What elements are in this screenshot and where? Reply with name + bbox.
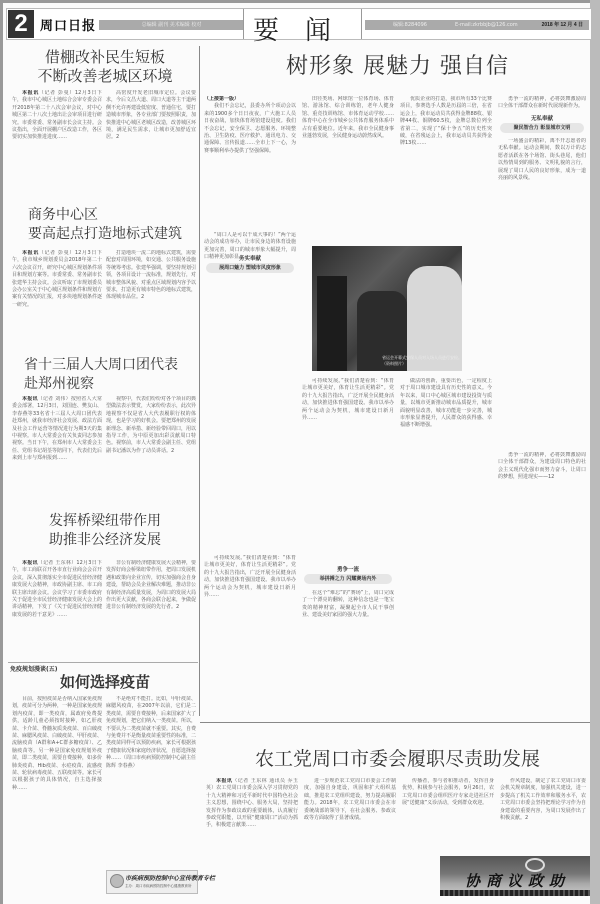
headline-line1: 商务中心区	[20, 206, 190, 225]
body-text: 田径类场、网球馆一位体育场、体育馆、游泳馆、综合训练馆，老年人健身馆、重竞技训练…	[302, 96, 394, 140]
bottom-headline: 农工党周口市委会履职尽责助发展	[205, 746, 590, 772]
header-divider	[243, 9, 244, 39]
article-body-col2: 打造地块一流二的地标式建筑，需要配套对周围环境，如交通、公共服务设施等统筹考虑。…	[106, 250, 196, 346]
body-text: 非公有制经济健康发展大会精神，要发挥好商会桥梁纽带作用，把周口发展机遇和政策向企…	[106, 560, 196, 612]
article-body-col1: 本报讯（记者 王东林）12月3日下午，市工商联召开各市直行业商会会召开会议，深入…	[12, 560, 102, 660]
article-headline: 如何选择疫苗	[20, 672, 190, 692]
headline-line2: 赴郑州视察	[14, 375, 194, 394]
page-header: 2 周口日报 总编辑 副刊 美术编辑 校对 要闻 编辑:8284096 E-ma…	[6, 8, 592, 40]
subhead-banner: 聚民智合力 彰显城市文明	[500, 123, 584, 133]
feature-col4: 勇争一流的精神，必将鼓舞激励周口全体干部群众在新时代展现新作为。	[498, 96, 586, 116]
article-body-col1: 本报讯（记者 彭曼）12月3日下午，我市城乡规划委员会2018年第二十六次会议召…	[12, 250, 102, 346]
page-border-left	[0, 0, 3, 904]
body-text: （记者 彭曼）12月3日下午，我市城乡规划委员会2018年第二十六次会议召开，研…	[12, 250, 102, 308]
headline-line2: 不断改善老城区环境	[20, 67, 190, 86]
feature-lower-col2: 做法的创新，重要出色，一定程度上对于周口城市建设具有历史性的意义。今年以来，周口…	[400, 378, 492, 718]
headline-line2: 助推非公经济发展	[20, 531, 190, 550]
body-text: 勇争一流的精神，必将鼓舞激励周口全体干部群众，为建设周口特色的社会主义现代化强市…	[498, 452, 586, 482]
newspaper-page: 2 周口日报 总编辑 副刊 美术编辑 校对 要闻 编辑:8284096 E-ma…	[0, 0, 600, 904]
skyline-graphic	[440, 890, 590, 896]
byline: 本报讯	[216, 778, 232, 784]
email: E-mail:zkrbbjb@126.com	[455, 20, 518, 30]
bottom-col2: 进一步规范农工党周口市委会工作制度，加强自身建设，巩固和扩大组织基础，推进农工党…	[304, 778, 396, 888]
body-text: 目前，按照疫苗是否纳入国家免疫规划，疫苗可分为两种，一种是国家免疫规划内疫苗，即…	[12, 696, 102, 792]
doctor-avatar-icon	[110, 874, 124, 888]
article-body-col2: 不是绝对不能打。比如，甲肝疫苗、麻腮风疫苗，在2007年以前，它们是二类疫苗，需…	[106, 696, 196, 846]
article-body-col2: 高密度开发老旧城市定位。会议要求，今后文昌大道、周口大道等主干道两侧不允许再建设…	[106, 90, 196, 190]
body-text: （记者 王东林 通讯员 乔玉英）农工党周口市委会深入学习贯彻党的十九大精神和习近…	[206, 778, 298, 828]
feature-lower-col0: 可持续发展。”我们清楚看到：“体育让城市更美好，体育让生活更精彩”。党的十九大报…	[204, 555, 296, 718]
section-title: 要闻	[252, 10, 358, 47]
body-text: （记者 王东林）12月3日下午，市工商联召开各市直行业商会会召开会议，深入贯彻落…	[12, 560, 102, 618]
page-number: 2	[8, 10, 34, 38]
page-border-right	[590, 0, 600, 904]
article-body-col1: 目前，按照疫苗是否纳入国家免疫规划，疫苗可分为两种，一种是国家免疫规划内疫苗，即…	[12, 696, 102, 888]
section-divider	[8, 662, 198, 663]
cppcc-banner-ad: 协商议政助发展	[440, 856, 590, 896]
body-text: （记者 刘伟）按照省人大常委会部署，12月3日，刘国连、樊友山、李春燕等33名省…	[12, 396, 102, 461]
page-border-top	[0, 0, 600, 3]
body-text: 可持续发展。”我们清楚看到：“体育让城市更美好，体育让生活更精彩”。党的十九大报…	[302, 378, 394, 422]
body-text: 作风建设，制定了农工党周口市委会机关规章制度，加强机关建设，进一步提高了机关工作…	[500, 778, 586, 822]
body-text: 可持续发展。”我们清楚看到：“体育让城市更美好，体育让生活更精彩”。党的十九大报…	[204, 555, 296, 599]
byline: 本报讯	[22, 396, 38, 402]
ad-title: 市疾病预防控制中心宣传教育专栏	[125, 873, 215, 882]
news-photo: 省运会开幕式安保人员对入场人员进行安检。（资料照片）	[312, 246, 462, 371]
headline-line2: 要高起点打造地标式建筑	[20, 225, 190, 244]
column-divider	[199, 46, 200, 716]
contact-bar: 编辑:8284096 E-mail:zkrbbjb@126.com 2018 年…	[365, 20, 589, 30]
editor-bar: 总编辑 副刊 美术编辑 校对	[99, 20, 244, 30]
photo-figure	[317, 276, 347, 371]
subhead-kicker: 无私奉献	[498, 114, 586, 122]
body-text: 做法的创新，重要出色，一定程度上对于周口城市建设具有历史性的意义。今年以来，周口…	[400, 378, 492, 430]
article-headline: 商务中心区 要高起点打造地标式建筑	[20, 206, 190, 244]
paper-logo: 周口日报	[40, 15, 96, 34]
main-headline: 树形象 展魅力 强自信	[205, 52, 590, 82]
article-headline: 省十三届人大周口团代表 赴郑州视察	[14, 356, 194, 394]
body-text: （记者 彭曼）12月3日下午，我市中心城区土地综合会审专委会召开2018年第二十…	[12, 90, 102, 140]
feature-col4-body: 一场盛会的精彩，离不开志愿者的无私奉献。运动会期间，数以万计的志愿者活跃在各个场…	[498, 138, 586, 448]
feature-col3: 优质企业的打造，我市所有33个比赛项目，参赛选手人数是历届的三倍，在省运会上，我…	[400, 96, 492, 231]
subhead-kicker: 务实奉献	[204, 254, 296, 262]
feature-col1-cont: “周口人是可以干成大事的！”两个运动会的成功举办，让市民身边的体育设施更加完善，…	[204, 232, 296, 552]
bottom-col1: 本报讯（记者 王东林 通讯员 乔玉英）农工党周口市委会深入学习贯彻党的十九大精神…	[206, 778, 298, 888]
body-text: 我们不会忘记，县委办所个项动会以来的1900多个日日夜夜，广大施工人员日夜奋战，…	[204, 103, 296, 155]
body-text: 不是绝对不能打。比如，甲肝疫苗、麻腮风疫苗，在2007年以前，它们是二类疫苗，需…	[106, 696, 196, 770]
byline: 本报讯	[22, 90, 39, 96]
article-headline: 借棚改补民生短板 不断改善老城区环境	[20, 48, 190, 86]
body-text: 一场盛会的精彩，离不开志愿者的无私奉献。运动会期间，数以万计的志愿者活跃在各个场…	[498, 138, 586, 182]
subhead-banner: 展周口魅力 塑城市风度形象	[206, 263, 294, 273]
body-text: 在这个“难忘”的“赛场”上，周口完成了一个漂亮的翻转，这种信念也是一笔宝贵的精神…	[302, 590, 394, 620]
subhead-banner: 举拼搏之力 闪耀赛场内外	[304, 574, 392, 584]
body-text: 高密度开发老旧城市定位。会议要求，今后文昌大道、周口大道等主干道两侧不允许再建设…	[106, 90, 196, 142]
article-body-col1: 本报讯（记者 刘伟）按照省人大常委会部署，12月3日，刘国连、樊友山、李春燕等3…	[12, 396, 102, 502]
body-text: 优质企业的打造，我市所有33个比赛项目，参赛选手人数是历届的三倍，在省运会上，我…	[400, 96, 492, 148]
article-body-col2: 视察中，代表们纷纷对各个项目的典型做法表示赞赏，大家纷纷表示，此次异地视察不仅是…	[106, 396, 196, 502]
feature-lower-col3: 在这个“难忘”的“赛场”上，周口完成了一个漂亮的翻转，这种信念也是一笔宝贵的精神…	[302, 590, 394, 718]
headline-line1: 省十三届人大周口团代表	[14, 356, 194, 375]
body-text: 进一步规范农工党周口市委会工作制度，加强自身建设，巩固和扩大组织基础，推进农工党…	[304, 778, 396, 822]
headline-line1: 发挥桥梁纽带作用	[20, 512, 190, 531]
health-column-ad: 市疾病预防控制中心宣传教育专栏 主办：周口市疾病预防控制中心健康教育所	[106, 870, 198, 894]
ad-subtitle: 主办：周口市疾病预防控制中心健康教育所	[125, 884, 192, 889]
hotline: 编辑:8284096	[393, 20, 427, 30]
body-text: 视察中，代表们纷纷对各个项目的典型做法表示赞赏，大家纷纷表示，此次异地视察不仅是…	[106, 396, 196, 455]
feature-lower-col4: 勇争一流的精神，必将鼓舞激励周口全体干部群众，为建设周口特色的社会主义现代化强市…	[498, 452, 586, 718]
article-body-col1: 本报讯（记者 彭曼）12月3日下午，我市中心城区土地综合会审专委会召开2018年…	[12, 90, 102, 190]
photo-caption: 省运会开幕式安保人员对入场人员进行安检。（资料照片）	[382, 355, 462, 367]
feature-col2: 田径类场、网球馆一位体育场、体育馆、游泳馆、综合训练馆，老年人健身馆、重竞技训练…	[302, 96, 394, 231]
byline: 本报讯	[22, 250, 39, 256]
body-text: 勇争一流的精神，必将鼓舞激励周口全体干部群众在新时代展现新作为。	[498, 96, 586, 111]
byline: 本报讯	[22, 560, 38, 566]
header-divider	[361, 9, 362, 39]
headline-line1: 借棚改补民生短板	[20, 48, 190, 67]
body-text: 传播者，参与者和推动者，发挥自身优势，积极参与社会服务，9月26日，农工党周口市…	[402, 778, 494, 808]
article-headline: 发挥桥梁纽带作用 助推非公经济发展	[20, 512, 190, 550]
section-divider	[200, 722, 590, 723]
feature-col1: （上接第一版） 我们不会忘记，县委办所个项动会以来的1900多个日日夜夜，广大施…	[204, 96, 296, 231]
article-body-col2: 非公有制经济健康发展大会精神，要发挥好商会桥梁纽带作用，把周口发展机遇和政策向企…	[106, 560, 196, 660]
feature-lower-col1: 可持续发展。”我们清楚看到：“体育让城市更美好，体育让生活更精彩”。党的十九大报…	[302, 378, 394, 554]
bottom-col3: 传播者，参与者和推动者，发挥自身优势，积极参与社会服务，9月26日，农工党周口市…	[402, 778, 494, 848]
issue-date: 2018 年 12 月 4 日	[542, 20, 583, 30]
bottom-col4: 作风建设，制定了农工党周口市委会机关规章制度，加强机关建设，进一步提高了机关工作…	[500, 778, 586, 848]
body-text: 打造地块一流二的地标式建筑，需要配套对周围环境，如交通、公共服务设施等统筹考虑。…	[106, 250, 196, 302]
subhead-kicker: 勇争一流	[302, 565, 394, 573]
